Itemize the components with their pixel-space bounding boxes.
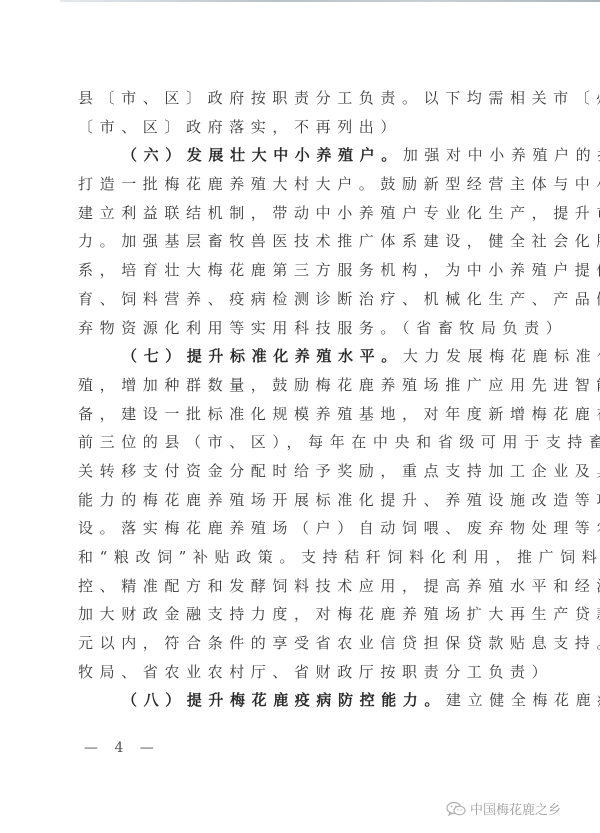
text-line: 和“粮改饲”补贴政策。支持秸秆饲料化利用，推广饲料营养调 — [78, 543, 518, 572]
section-heading-line: （七）提升标准化养殖水平。大力发展梅花鹿标准化规模养 — [78, 342, 518, 371]
line-text: 能力的梅花鹿养殖场开展标准化提升、养殖设施改造等项目建 — [78, 491, 600, 509]
line-text: 牧局、省农业农村厅、省财政厅按职责分工负责） — [78, 663, 553, 681]
text-line: 弃物资源化利用等实用科技服务。（省畜牧局负责） — [78, 314, 518, 343]
line-text: 打造一批梅花鹿养殖大村大户。鼓励新型经营主体与中小养殖户 — [78, 175, 600, 193]
line-text: 建立健全梅花鹿疫病防控 — [446, 691, 600, 709]
section-heading-line: （六）发展壮大中小养殖户。加强对中小养殖户的指导帮扶， — [78, 141, 518, 170]
watermark-text: 中国梅花鹿之乡 — [470, 799, 561, 818]
text-line: 控、精准配方和发酵饲料技术应用，提高养殖水平和经济效益。 — [78, 572, 518, 601]
line-text: 加强对中小养殖户的指导帮扶， — [403, 146, 600, 164]
line-text: 〔市、区〕政府落实，不再列出） — [78, 118, 402, 136]
document-body: 县〔市、区〕政府按职责分工负责。以下均需相关市〔州〕、县 〔市、区〕政府落实，不… — [78, 84, 518, 715]
section-heading-line: （八）提升梅花鹿疫病防控能力。建立健全梅花鹿疫病防控 — [78, 686, 518, 715]
section-heading: （七）提升标准化养殖水平。 — [122, 347, 403, 365]
line-text: 大力发展梅花鹿标准化规模养 — [403, 347, 600, 365]
text-line: 能力的梅花鹿养殖场开展标准化提升、养殖设施改造等项目建 — [78, 486, 518, 515]
text-line: 系，培育壮大梅花鹿第三方服务机构，为中小养殖户提供良种繁 — [78, 256, 518, 285]
text-line: 牧局、省农业农村厅、省财政厅按职责分工负责） — [78, 658, 518, 687]
text-line: 备，建设一批标准化规模养殖基地，对年度新增梅花鹿存栏排名 — [78, 400, 518, 429]
scan-edge — [60, 0, 600, 2]
line-text: 育、饲料营养、疫病检测诊断治疗、机械化生产、产品储运、废 — [78, 290, 600, 308]
line-text: 县〔市、区〕政府按职责分工负责。以下均需相关市〔州〕、县 — [78, 89, 600, 107]
line-text: 加大财政金融支持力度，对梅花鹿养殖场扩大再生产贷款 300 万 — [78, 605, 600, 623]
line-text: 设。落实梅花鹿养殖场（户）自动饲喂、废弃物处理等农机购置 — [78, 519, 600, 537]
text-line: 打造一批梅花鹿养殖大村大户。鼓励新型经营主体与中小养殖户 — [78, 170, 518, 199]
text-line: 关转移支付资金分配时给予奖励，重点支持加工企业及具有带户 — [78, 457, 518, 486]
text-line: 〔市、区〕政府落实，不再列出） — [78, 113, 518, 142]
text-line: 力。加强基层畜牧兽医技术推广体系建设，健全社会化服务体 — [78, 227, 518, 256]
line-text: 前三位的县（市、区），每年在中央和省级可用于支持畜牧业相 — [78, 433, 600, 451]
text-line: 前三位的县（市、区），每年在中央和省级可用于支持畜牧业相 — [78, 428, 518, 457]
wechat-icon — [446, 801, 466, 817]
line-text: 备，建设一批标准化规模养殖基地，对年度新增梅花鹿存栏排名 — [78, 405, 600, 423]
section-heading: （八）提升梅花鹿疫病防控能力。 — [122, 691, 446, 709]
text-line: 育、饲料营养、疫病检测诊断治疗、机械化生产、产品储运、废 — [78, 285, 518, 314]
line-text: 元以内，符合条件的享受省农业信贷担保贷款贴息支持。（省畜 — [78, 634, 600, 652]
line-text: 系，培育壮大梅花鹿第三方服务机构，为中小养殖户提供良种繁 — [78, 261, 600, 279]
line-text: 控、精准配方和发酵饲料技术应用，提高养殖水平和经济效益。 — [78, 577, 600, 595]
line-text: 建立利益联结机制，带动中小养殖户专业化生产，提升市场竞争 — [78, 204, 600, 222]
line-text: 力。加强基层畜牧兽医技术推广体系建设，健全社会化服务体 — [78, 232, 600, 250]
text-line: 设。落实梅花鹿养殖场（户）自动饲喂、废弃物处理等农机购置 — [78, 514, 518, 543]
text-line: 殖，增加种群数量，鼓励梅花鹿养殖场推广应用先进智能设施设 — [78, 371, 518, 400]
text-line: 加大财政金融支持力度，对梅花鹿养殖场扩大再生产贷款 300 万 — [78, 600, 518, 629]
text-line: 县〔市、区〕政府按职责分工负责。以下均需相关市〔州〕、县 — [78, 84, 518, 113]
section-heading: （六）发展壮大中小养殖户。 — [122, 146, 403, 164]
page-number: — 4 — — [84, 740, 160, 756]
line-text: 殖，增加种群数量，鼓励梅花鹿养殖场推广应用先进智能设施设 — [78, 376, 600, 394]
text-line: 建立利益联结机制，带动中小养殖户专业化生产，提升市场竞争 — [78, 199, 518, 228]
text-line: 元以内，符合条件的享受省农业信贷担保贷款贴息支持。（省畜 — [78, 629, 518, 658]
line-text: 关转移支付资金分配时给予奖励，重点支持加工企业及具有带户 — [78, 462, 600, 480]
watermark: 中国梅花鹿之乡 — [446, 799, 561, 818]
line-text: 弃物资源化利用等实用科技服务。（省畜牧局负责） — [78, 319, 567, 337]
line-text: 和“粮改饲”补贴政策。支持秸秆饲料化利用，推广饲料营养调 — [78, 548, 600, 566]
